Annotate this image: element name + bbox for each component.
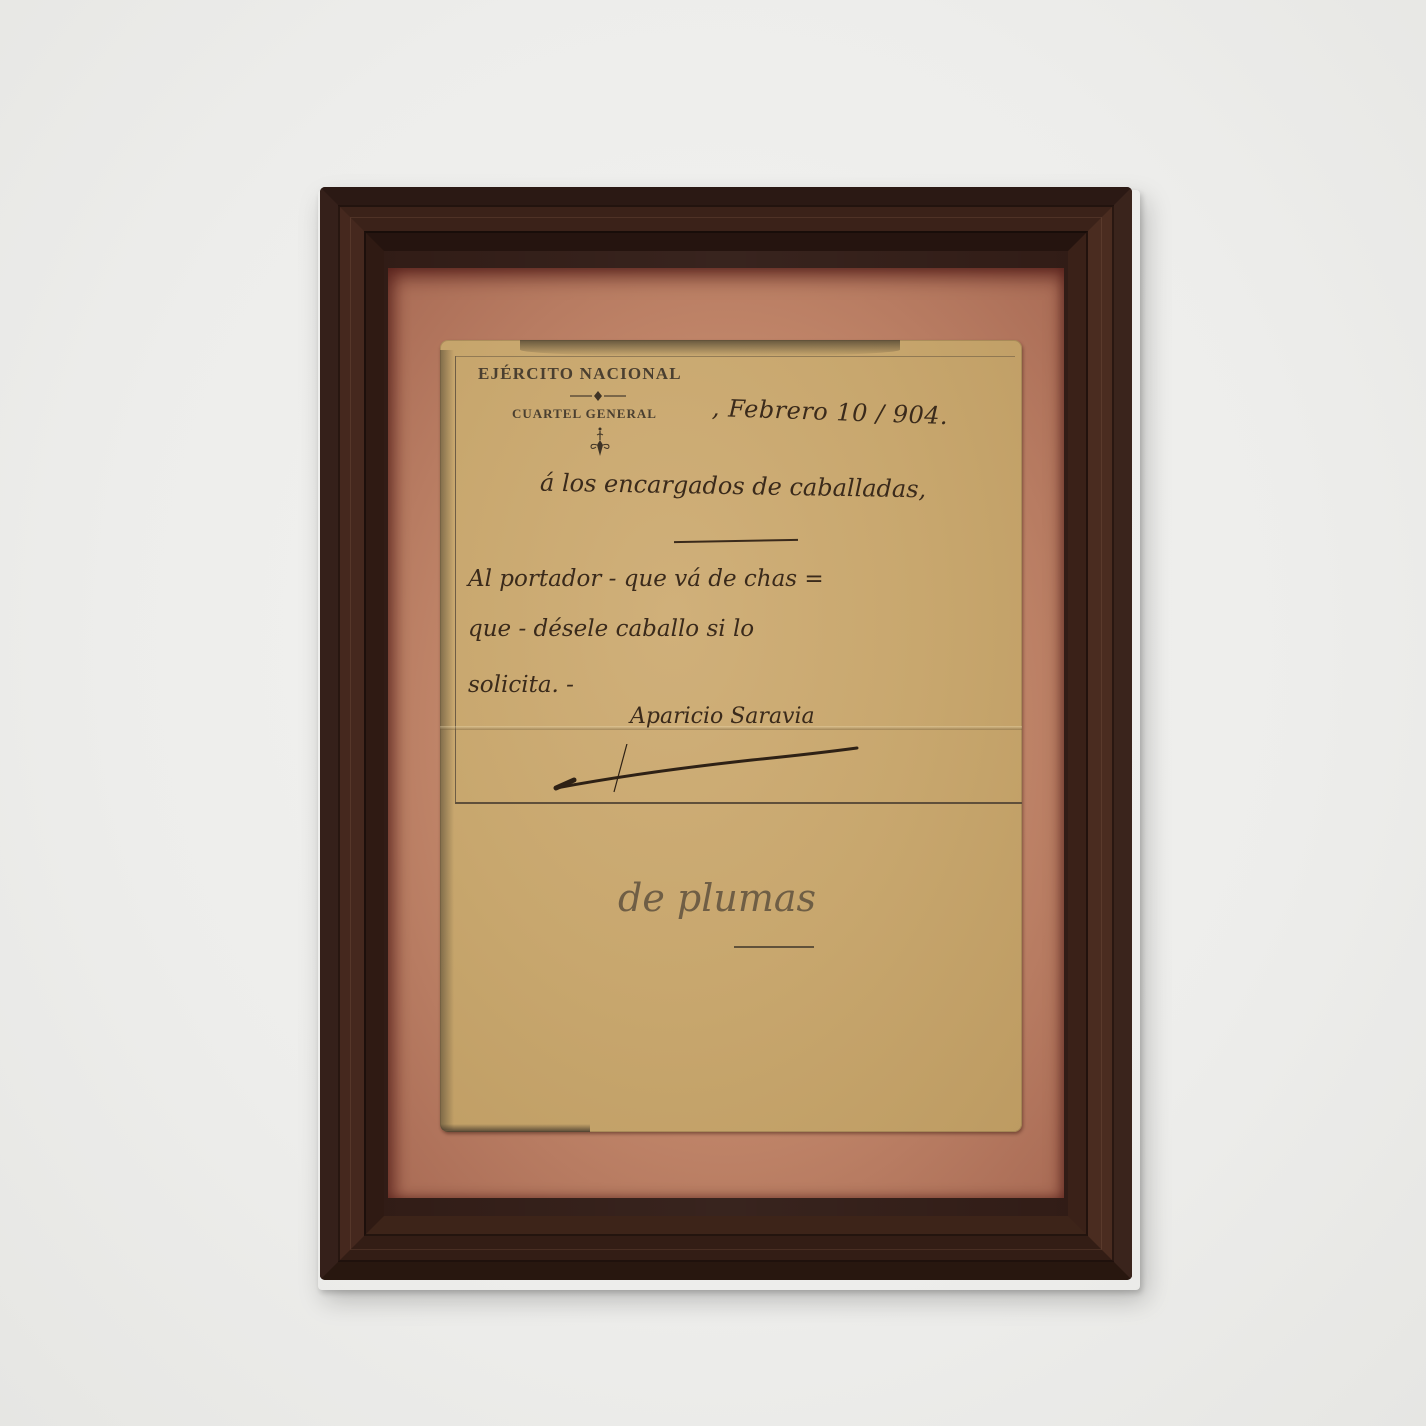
printed-subtitle: CUARTEL GENERAL: [512, 406, 657, 422]
handwritten-body-line: Al portador - que vá de chas =: [468, 566, 824, 592]
printed-border-left: [455, 356, 456, 803]
handwritten-underline: [674, 539, 798, 543]
diamond-ornament-icon: [568, 390, 628, 402]
pencil-note: de plumas: [618, 876, 816, 920]
handwritten-body-line: que - désele caballo si lo: [468, 616, 754, 642]
fleuron-ornament-icon: [588, 426, 612, 458]
handwritten-addressee: á los encargados de caballadas,: [540, 469, 927, 504]
stain-top: [520, 340, 900, 356]
pencil-underline: [734, 946, 814, 948]
handwritten-signature: Aparicio Saravia: [630, 704, 815, 729]
signature-flourish-icon: [552, 744, 862, 794]
printed-title: EJÉRCITO NACIONAL: [478, 364, 682, 384]
printed-divider-line: [455, 802, 1022, 804]
handwritten-date: , Febrero 10 / 904.: [712, 394, 949, 430]
printed-border-top: [455, 356, 1015, 357]
document-card: EJÉRCITO NACIONAL CUARTEL GENERAL , Febr…: [440, 340, 1022, 1132]
stain-left: [440, 350, 454, 1130]
handwritten-body-line: solicita. -: [468, 672, 574, 698]
stain-bottom: [440, 1124, 590, 1132]
